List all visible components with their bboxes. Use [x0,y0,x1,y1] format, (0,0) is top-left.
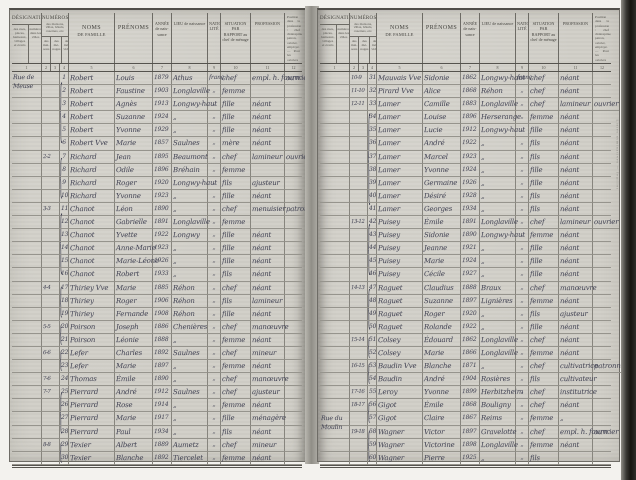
cell-nationality-text: „ [517,229,527,241]
cell-house-menage-number: 7-6 [42,373,60,386]
cell-birth-year: 1897 [153,360,172,373]
cell-situation: fille [221,111,251,124]
cell-birth-place-text: „ [481,321,514,333]
cell-first-name: Gabrielle [115,216,153,229]
cell-first-name-text: André [424,373,459,385]
column-number: 1 [12,64,42,71]
cell-individual-number: 25{ [60,386,69,399]
cell-house-menage-number [350,164,368,177]
cell-profession: néant [251,282,285,295]
cell-house-menage-number [350,177,368,190]
column-number: 12 [593,64,611,71]
cell-individual-number-text: 36 [369,137,375,149]
cell-nationality-text: „ [209,190,219,202]
cell-situation: chef [221,72,251,85]
cell-individual-number: 43 [368,229,377,242]
table-row: 27PierrardMarie1917„„filleménagère [12,412,302,425]
cell-house-menage-number [42,242,60,255]
cell-individual-number-text: 1 [61,72,67,84]
cell-designation [320,111,350,124]
cell-birth-place: Chenières [172,321,208,334]
cell-birth-place: Réhon [172,282,208,295]
cell-nationality: „ [516,282,529,295]
cell-profession: néant [251,452,285,465]
cell-birth-place-text: Longwy [173,229,206,241]
cell-situation-text: femme [530,438,557,450]
cell-nationality: „ [208,255,221,268]
cell-family-name: Richard [69,190,115,203]
cell-birth-place-text: „ [481,177,514,189]
cell-first-name-text: Victor [424,425,459,437]
cell-first-name: Blanche [115,452,153,465]
cell-nationality-text: „ [209,229,219,241]
cell-family-name: Thiriey [69,295,115,308]
cell-first-name: Albert [115,439,153,452]
table-row: 18ThirieyRoger1906Réhon„filslamineur [12,295,302,308]
printed-edge-note: Listes nominatives — feuillet [616,119,620,190]
cell-birth-year-text: 1879 [154,72,170,84]
cell-birth-year: 1890 [461,229,480,242]
cell-individual-number: 47{ [368,282,377,295]
cell-profession: néant [559,177,593,190]
cell-profession-text: néant [560,150,591,162]
cell-birth-place-text: Longwy-haut [481,72,514,84]
cell-situation-text: fils [222,268,249,280]
cell-house-menage-number [350,111,368,124]
cell-nationality: „ [208,242,221,255]
cell-individual-number-text: 16 [61,268,67,280]
cell-first-name-text: Jean [116,150,151,162]
cell-nationality-text: „ [517,412,527,424]
cell-designation [12,373,42,386]
cell-family-name: Chanot [69,216,115,229]
cell-family-name: Lamer [377,164,423,177]
table-row: 1{RobertLouis1879Athusfranç.chefempl. h.… [12,72,302,85]
cell-position [285,426,302,439]
cell-nationality-text: „ [209,137,219,149]
cell-position [593,111,611,124]
numeros-sub-individus: des indi- vidus [62,37,69,63]
cell-birth-place-text: „ [481,137,514,149]
cell-designation [12,203,42,216]
col-header-noms: NOMS DE FAMILLE [377,13,423,63]
cell-individual-number: 22{ [60,347,69,360]
cell-birth-year: 1913 [153,98,172,111]
cell-individual-number: 15 [60,255,69,268]
cell-profession: néant [559,111,593,124]
cell-birth-place-text: „ [173,124,206,136]
cell-birth-place-text: „ [173,242,206,254]
cell-birth-place: „ [172,373,208,386]
cell-nationality: „ [516,151,529,164]
table-row: 12-1133{LamerCamille1883Longlaville„chef… [320,98,611,111]
cell-first-name-text: Léonie [116,334,151,346]
cell-profession-text: néant [560,203,591,215]
table-row: 36LamerAndré1922„„filsnéant [320,137,611,150]
cell-first-name-text: Robert [116,268,151,280]
cell-birth-year-text: 1892 [154,347,170,359]
cell-situation-text: fille [222,242,249,254]
cell-birth-place-text: Aumetz [173,438,206,450]
cell-situation: fille [221,190,251,203]
cell-situation-text: chef [222,438,249,450]
cell-family-name-text: Chanot [70,242,113,254]
cell-birth-year-text: 1862 [462,72,478,84]
cell-birth-year: 1923 [153,190,172,203]
cell-birth-year: 1896 [461,111,480,124]
cell-birth-place: Bouligny [480,399,516,412]
cell-individual-number: 35 [368,124,377,137]
cell-position [285,282,302,295]
cell-individual-number: 50 [368,321,377,334]
cell-nationality-text: „ [209,399,219,411]
cell-first-name: Édouard [423,334,461,347]
cell-individual-number-text: 32 [369,85,375,97]
cell-nationality-text: „ [209,216,219,228]
cell-first-name: André [423,373,461,386]
cell-birth-place-text: „ [173,111,206,123]
register-page-right: DÉSIGNATION des rues, places, hameaux, v… [317,8,620,462]
cell-profession-text: néant [560,85,591,97]
cell-nationality: „ [516,111,529,124]
cell-birth-place: Longlaville [480,216,516,229]
cell-house-menage-number [350,412,368,425]
cell-birth-year-text: 1891 [462,216,478,228]
cell-situation-text: femme [222,360,249,372]
col-header-situation: SITUATION PAR RAPPORT au chef de ménage [221,13,251,63]
cell-house-menage-number [42,190,60,203]
cell-birth-place: „ [172,242,208,255]
cell-first-name-text: André [116,386,151,398]
street-name-line: Rue du [321,413,350,422]
column-number: 2 [350,64,359,71]
cell-family-name: Gigot [377,399,423,412]
cell-family-name: Poirson [69,334,115,347]
cell-house-menage-number-text: 11-10 [351,85,366,97]
cell-position [593,439,611,452]
cell-designation [320,360,350,373]
cell-position-text: ouvrier [594,425,618,437]
cell-birth-place-text: Réhon [173,308,206,320]
numeros-sub-individus: des indi- vidus [370,37,377,63]
cell-birth-year: 1924 [461,164,480,177]
cell-first-name-text: Germaine [424,177,459,189]
cell-family-name: Wagner [377,452,423,465]
table-row: 15-1451{ColseyÉdouard1862Longlaville„che… [320,334,611,347]
rows-right: 10-931Mauvais VveSidonie1862Longwy-hautf… [320,72,611,468]
cell-individual-number-text: 24 [61,373,67,385]
cell-nationality-text: franç. [517,72,527,84]
cell-nationality-text: „ [517,281,527,293]
cell-profession-text: néant [560,438,591,450]
cell-birth-year-text: 1897 [154,360,170,372]
cell-family-name-text: Lamer [378,177,421,189]
cell-first-name: Émile [423,399,461,412]
cell-individual-number-text: 5 [61,124,67,136]
cell-nationality-text: „ [209,308,219,320]
cell-family-name: Robert [69,72,115,85]
cell-nationality: „ [208,190,221,203]
cell-profession: lamineur [559,98,593,111]
cell-family-name-text: Puisey [378,242,421,254]
designation-title: DÉSIGNATION [320,13,349,22]
cell-individual-number-text: 34 [369,111,375,123]
cell-birth-place-text: „ [173,412,206,424]
table-row: 6Robert VveMarie1857Saulnes„mèrenéant [12,137,302,150]
cell-individual-number-text: 31 [369,72,375,84]
cell-birth-year: 1933 [153,268,172,281]
cell-birth-year: 1891 [461,216,480,229]
cell-profession-text: manœuvre [560,281,591,293]
table-row: 8-829{TexierAlbert1889Aumetz„chefmineur [12,439,302,452]
cell-house-menage-number: 10-9 [350,72,368,85]
cell-birth-place-text: „ [481,163,514,175]
cell-situation: chef [529,72,559,85]
cell-birth-place: „ [480,177,516,190]
cell-house-menage-number [42,452,60,465]
cell-individual-number: 60 [368,452,377,465]
numeros-sub-menages: des mé- nages [51,37,62,63]
cell-first-name-text: Victorine [424,438,459,450]
cell-first-name: Louise [423,111,461,124]
cell-first-name-text: Alice [424,85,459,97]
cell-designation [320,399,350,412]
cell-family-name: Lamer [377,111,423,124]
cell-profession: néant [559,124,593,137]
cell-designation [320,321,350,334]
table-row: 44PuiseyJeanne1921„„fillenéant [320,242,611,255]
table-row: 4RobertSuzanne1924„„fillenéant [12,111,302,124]
cell-house-menage-number [350,268,368,281]
cell-nationality: „ [516,452,529,465]
cell-situation-text: mère [222,137,249,149]
cell-position [593,268,611,281]
table-row: 52ColseyMarie1866Longlaville„femmenéant [320,347,611,360]
cell-nationality-text: „ [517,360,527,372]
cell-birth-place-text: Rosières [481,373,514,385]
cell-individual-number: 44 [368,242,377,255]
cell-individual-number-text: 44 [369,242,375,254]
cell-birth-place-text: Longlaville [481,98,514,110]
cell-position [285,439,302,452]
cell-individual-number: 21 [60,334,69,347]
cell-designation [320,164,350,177]
cell-profession-text: néant [252,111,283,123]
cell-situation: fille [529,242,559,255]
cell-house-menage-number: 5-5 [42,321,60,334]
cell-family-name-text: Lamer [378,137,421,149]
cell-house-menage-number: 11-10 [350,85,368,98]
cell-profession: cultivatrice [559,360,593,373]
cell-house-menage-number [42,124,60,137]
column-number: 9 [208,64,221,71]
cell-situation-text: chef [222,72,249,84]
cell-designation [12,334,42,347]
cell-situation-text: chef [530,386,557,398]
cell-family-name-text: Chanot [70,255,113,267]
cell-birth-year-text: 1934 [154,425,170,437]
cell-position [285,334,302,347]
cell-birth-place-text: Longlaville [173,216,206,228]
cell-designation [12,229,42,242]
cell-individual-number-text: 50 [369,321,375,333]
cell-situation: chef [529,216,559,229]
cell-situation-text: fille [530,255,557,267]
cell-individual-number-text: 12 [61,216,67,228]
cell-situation: femme [221,334,251,347]
cell-situation-text: fils [530,190,557,202]
cell-nationality-text: „ [209,347,219,359]
cell-birth-place-text: „ [173,373,206,385]
cell-first-name-text: Cécile [424,268,459,280]
cell-nationality: „ [516,360,529,373]
cell-birth-year-text: 1862 [462,334,478,346]
cell-first-name-text: Yvonne [116,190,151,202]
cell-first-name: Marie [115,360,153,373]
cell-family-name-text: Puisey [378,268,421,280]
cell-nationality-text: „ [517,373,527,385]
cell-individual-number-text: 30 [61,452,67,464]
cell-house-menage-number [350,137,368,150]
cell-profession: néant [251,190,285,203]
table-row: 5-520{PoirsonJoseph1886Chenières„chefman… [12,321,302,334]
cell-first-name: Lucie [423,124,461,137]
cell-birth-place-text: Herbitzheim [481,386,514,398]
cell-individual-number-text: 43 [369,229,375,241]
cell-profession-text: manœuvre [252,373,283,385]
cell-individual-number: 53{ [368,360,377,373]
cell-birth-year-text: 1917 [154,412,170,424]
cell-situation-text: fils [530,373,557,385]
cell-situation: fils [221,268,251,281]
cell-first-name: Marie [423,347,461,360]
cell-individual-number-text: 49 [369,308,375,320]
cell-situation-text: fils [530,308,557,320]
column-number: 2 [42,64,51,71]
cell-situation-text: chef [530,85,557,97]
cell-house-menage-number [42,308,60,321]
cell-profession-text: néant [252,242,283,254]
cell-individual-number: 37 [368,151,377,164]
cell-situation: fille [221,255,251,268]
cell-designation [320,203,350,216]
cell-situation-text: fille [222,412,249,424]
cell-family-name: Lamer [377,124,423,137]
cell-birth-place-text: Longwy-haut [173,98,206,110]
table-row: 12ChanotGabrielle1891Longlaville„femme [12,216,302,229]
cell-birth-place: „ [172,124,208,137]
table-row: 23LeferMarie1897„„femmenéant [12,360,302,373]
cell-individual-number: 9 [60,177,69,190]
cell-birth-place-text: Chenières [173,321,206,333]
cell-situation: fils [529,137,559,150]
table-row: 10RichardYvonne1923„„fillenéant [12,190,302,203]
cell-birth-place-text: Braux [481,281,514,293]
cell-situation-text: femme [222,399,249,411]
cell-nationality-text: „ [517,439,527,451]
cell-house-menage-number-text: 3-3 [43,203,58,215]
col-header-situation: SITUATION PAR RAPPORT au chef de ménage [529,13,559,63]
cell-family-name: Baudin [377,373,423,386]
cell-nationality-text: „ [209,85,219,97]
cell-situation-text: femme [530,229,557,241]
cell-house-menage-number-text: 2-2 [43,150,58,162]
rows-left: 1{RobertLouis1879Athusfranç.chefempl. h.… [12,72,302,468]
cell-individual-number: 19 [60,308,69,321]
cell-family-name: Pirard Vve [377,85,423,98]
cell-birth-place: Longwy-haut [172,177,208,190]
cell-family-name-text: Raguet [378,281,421,293]
cell-profession-text: néant [560,334,591,346]
cell-individual-number: 58{ [368,426,377,439]
table-row: 3-311{ChanotLéon1890„„chefmenuisierpatro… [12,203,302,216]
cell-designation [320,439,350,452]
table-row: 48RaguetSuzanne1897Lignières„femmenéant [320,295,611,308]
cell-first-name-text: Roger [424,308,459,320]
cell-situation: chef [529,386,559,399]
cell-nationality-text: „ [209,124,219,136]
cell-family-name-text: Robert Vve [70,137,113,149]
cell-designation [320,295,350,308]
cell-nationality: „ [516,373,529,386]
cell-individual-number: 28 [60,426,69,439]
cell-nationality-text: „ [517,177,527,189]
cell-designation [12,177,42,190]
cell-birth-place: „ [480,452,516,465]
cell-individual-number-text: 40 [369,190,375,202]
cell-first-name-text: Pierre [424,452,459,464]
table-row: 50RaguetRolande1922„„fillenéant [320,321,611,334]
cell-profession-text: néant [252,308,283,320]
cell-designation [12,452,42,465]
cell-situation: chef [529,334,559,347]
cell-house-menage-number [350,151,368,164]
col-header-profession: PROFESSION [559,13,593,63]
cell-birth-place-text: Longlaville [481,347,514,359]
cell-house-menage-number [42,177,60,190]
cell-first-name-text: Faustine [116,85,151,97]
cell-birth-place: Réhon [172,308,208,321]
cell-birth-year: 1923 [153,242,172,255]
column-number: 4 [368,64,377,71]
cell-first-name-text: Émile [116,373,151,385]
column-number: 11 [251,64,285,71]
cell-position [593,124,611,137]
cell-position [285,111,302,124]
table-row: 30TexierBlanche1892Tiercelet„femmenéant [12,452,302,465]
cell-birth-place-text: Athus [173,72,206,84]
numeros-subtitle: des maisons, villas, hôtels, casernes, e… [350,22,376,35]
census-table-left: DÉSIGNATION des rues, places, hameaux, v… [12,13,302,468]
column-number-strip: 123456789101112 [320,64,611,72]
cell-birth-place-text: „ [173,399,206,411]
cell-situation: fille [221,124,251,137]
cell-profession-text: néant [252,425,283,437]
cell-birth-year-text: 1868 [462,399,478,411]
cell-birth-place: „ [172,111,208,124]
cell-profession-text: cultivateur [560,373,591,385]
cell-designation [12,360,42,373]
cell-house-menage-number [350,229,368,242]
cell-individual-number-text: 59 [369,439,375,451]
cell-first-name: Marie [115,137,153,150]
cell-profession: néant [251,426,285,439]
designation-sub-rues: des rues, places, hameaux, villages et é… [320,25,337,64]
cell-family-name: Lamer [377,190,423,203]
cell-first-name: Victorine [423,439,461,452]
cell-situation-text: femme [530,111,557,123]
cell-family-name: Raguet [377,308,423,321]
